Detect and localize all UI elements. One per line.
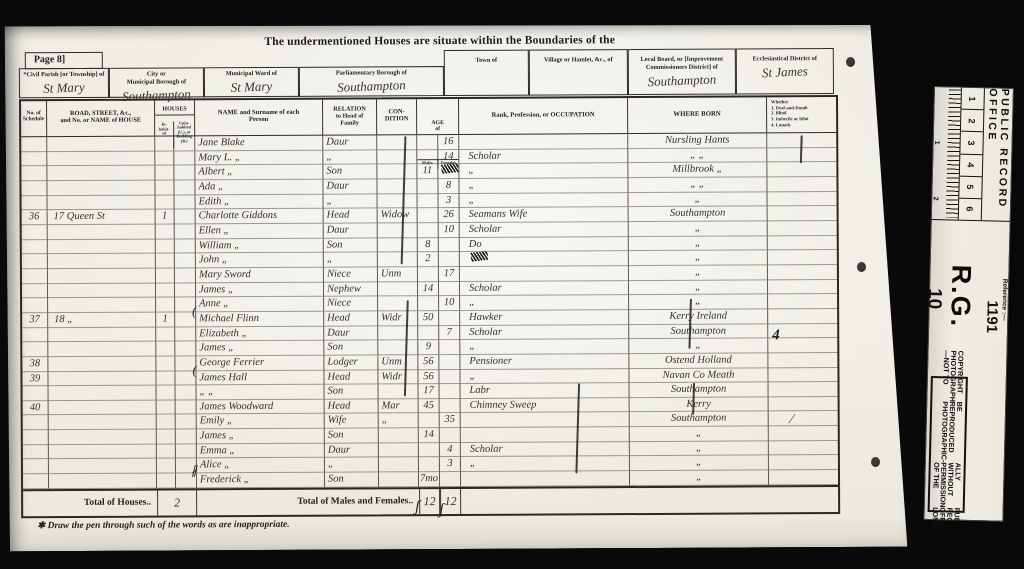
page-title: The undermentioned Houses are situate wi… — [215, 34, 665, 48]
punch-hole — [846, 57, 855, 67]
cell-schedule — [23, 386, 49, 401]
cell-inhabited — [155, 180, 174, 195]
cell-name: James „ — [197, 429, 325, 444]
cell-schedule — [22, 240, 48, 255]
col-header-name: NAME and Surname of each Person — [195, 100, 323, 136]
cell-schedule: 40 — [23, 401, 49, 416]
cell-occupation: Do — [460, 237, 629, 253]
cell-disability — [768, 206, 837, 221]
cell-disability — [768, 236, 837, 251]
cell-inhabited — [155, 166, 174, 181]
total-houses-value: 2 — [157, 490, 197, 515]
cell-name: „ „ — [197, 385, 325, 400]
cell-born: „ — [629, 251, 768, 266]
cell-road — [48, 298, 156, 313]
cell-occupation: „ — [460, 339, 629, 355]
cell-inhabited — [156, 298, 175, 313]
cell-uninhabited — [175, 195, 196, 210]
cell-name: Michael Flinn — [196, 312, 324, 327]
cell-condition — [378, 282, 418, 297]
household-bracket: ( — [192, 303, 196, 319]
header-field: Parliamentary Borough ofSouthampton — [299, 66, 444, 97]
cell-inhabited — [156, 327, 175, 342]
cell-occupation: Scholar — [460, 222, 629, 238]
cell-born: Navan Co Meath — [629, 368, 768, 383]
cell-disability — [768, 221, 837, 236]
cell-name: Albert „ — [195, 165, 323, 180]
cell-disability — [768, 280, 837, 295]
cell-age-female: 3 — [440, 457, 461, 472]
cell-name: James „ — [196, 341, 324, 356]
census-table: No. of Schedule ROAD, STREET, &c., and N… — [19, 95, 840, 518]
ruler-inch-number: 5 — [965, 185, 975, 190]
cell-relation: Daur — [324, 326, 378, 341]
cell-inhabited — [157, 400, 176, 415]
cell-age-male — [418, 267, 439, 282]
header-field-value: Southampton — [629, 70, 736, 90]
cell-born: „ — [630, 470, 769, 485]
cell-age-male — [419, 443, 440, 458]
cell-schedule: 36 — [22, 210, 48, 225]
header-field-label: *Civil Parish [or Township] of — [20, 69, 108, 79]
cell-relation: Son — [323, 165, 377, 180]
cell-age-male — [419, 458, 440, 473]
cell-condition: Unm — [378, 267, 418, 282]
total-houses-label: Total of Houses.. — [23, 490, 157, 516]
cell-relation: Son — [324, 238, 378, 253]
cell-inhabited — [157, 430, 176, 445]
cell-age-male: 14 — [419, 428, 440, 443]
cell-born: „ — [629, 295, 768, 310]
cell-occupation: Pensioner — [460, 354, 629, 370]
cell-road — [49, 386, 157, 401]
cell-relation: Wife — [325, 414, 379, 429]
cell-uninhabited — [176, 386, 197, 401]
cell-road — [49, 415, 157, 430]
cell-inhabited — [157, 386, 176, 401]
cell-uninhabited — [176, 415, 197, 430]
reference-label: Reference :— — [1000, 279, 1008, 321]
cell-occupation: Hawker — [460, 310, 629, 326]
cell-name: Mary L. „ — [195, 150, 323, 165]
cell-age-female — [439, 282, 460, 297]
cell-schedule — [22, 284, 48, 299]
cell-disability — [769, 470, 838, 485]
cell-road — [48, 225, 156, 240]
cell-occupation: Scholar — [460, 281, 629, 297]
col-header-schedule: No. of Schedule — [21, 101, 47, 136]
ruler-inch-number: 6 — [965, 207, 975, 212]
cell-condition — [379, 384, 419, 399]
ruler-tick-lines — [946, 89, 961, 217]
cell-occupation — [460, 251, 629, 267]
cell-schedule — [21, 137, 47, 152]
cell-disability — [767, 177, 836, 192]
cell-occupation — [461, 413, 630, 429]
cell-condition — [378, 252, 418, 267]
cell-born: „ — [630, 426, 769, 441]
cell-disability — [768, 309, 837, 324]
cell-age-male: 50 — [418, 311, 439, 326]
cell-name: Elizabeth „ — [196, 326, 324, 341]
cell-road — [47, 166, 155, 181]
cell-inhabited — [156, 239, 175, 254]
cell-condition — [379, 443, 419, 458]
header-field-label: Town of — [445, 51, 528, 65]
cell-road: 18 „ — [48, 312, 156, 327]
cell-born: Nursling Hants — [628, 133, 767, 148]
cell-road — [48, 327, 156, 342]
cell-occupation: Scholar — [460, 325, 629, 341]
cell-occupation: Scholar — [459, 149, 628, 165]
cell-age-female — [439, 252, 460, 267]
cell-disability — [768, 250, 837, 265]
cell-age-female: 26 — [439, 208, 460, 223]
ruler-ticks: 1 2 — [932, 87, 962, 220]
cell-uninhabited — [175, 268, 196, 283]
cell-age-male — [419, 414, 440, 429]
ruler-inch-box: 2 — [961, 110, 984, 133]
cell-condition: Widr — [378, 370, 418, 385]
cell-name: Jane Blake — [195, 136, 323, 151]
cell-name: Emily „ — [197, 414, 325, 429]
cell-condition: Widr — [378, 311, 418, 326]
cell-schedule — [21, 181, 47, 196]
cell-uninhabited — [176, 444, 197, 459]
cell-born: „ — [629, 265, 768, 280]
cell-age-male: 56 — [418, 370, 439, 385]
cell-uninhabited — [175, 254, 196, 269]
cell-born: „ — [629, 236, 768, 251]
cell-born: Kerry — [630, 397, 769, 412]
cell-inhabited — [157, 444, 176, 459]
ruler-inch-box: 3 — [960, 132, 983, 155]
cell-age-female: 7 — [439, 326, 460, 341]
cell-born: Southampton — [630, 412, 769, 427]
cell-born: „ — [629, 280, 768, 295]
household-bracket: ( — [192, 362, 196, 378]
cell-age-female — [439, 311, 460, 326]
cell-uninhabited — [176, 429, 197, 444]
page-number-label: Page 8] — [25, 52, 103, 69]
cell-condition: Widow — [378, 208, 418, 223]
cell-name: Edith „ — [196, 194, 324, 209]
cell-age-female — [440, 428, 461, 443]
cell-occupation — [461, 427, 630, 443]
cell-condition — [377, 135, 417, 150]
cell-condition — [377, 179, 417, 194]
ruler-inch-number: 2 — [967, 118, 977, 123]
cell-disability — [769, 441, 838, 456]
cell-condition — [379, 472, 419, 487]
cell-road — [47, 181, 155, 196]
cell-inhabited: 1 — [156, 312, 175, 327]
cell-condition — [378, 340, 418, 355]
cell-born: „ — [630, 456, 769, 471]
cell-age-female — [440, 399, 461, 414]
cell-relation: Head — [325, 399, 379, 414]
cell-name: James „ — [196, 282, 324, 297]
cell-age-male: 2 — [418, 252, 439, 267]
cell-relation: Head — [324, 209, 378, 224]
cell-road — [48, 254, 156, 269]
cell-age-male: 45 — [419, 399, 440, 414]
punch-hole — [871, 457, 880, 467]
cell-road — [49, 430, 157, 445]
ruler-inch-box: 5 — [959, 176, 982, 199]
cell-name: Ellen „ — [196, 224, 324, 239]
cell-age-male — [418, 326, 439, 341]
disability-column-mark: ∕ — [791, 412, 793, 428]
ruler-inch-box: 6 — [959, 199, 982, 221]
cell-age-female: 4 — [440, 443, 461, 458]
footnote: ✱ Draw the pen through such of the words… — [37, 519, 289, 531]
cell-uninhabited — [175, 239, 196, 254]
cell-age-male: 14 — [418, 282, 439, 297]
col-header-disability: Whether 1. Deaf-and-Dumb 2. Blind 3. Imb… — [767, 97, 836, 132]
cell-relation: Head — [324, 370, 378, 385]
cell-occupation: „ — [460, 193, 629, 209]
cell-age-female — [439, 340, 460, 355]
cell-disability — [768, 265, 837, 280]
cell-uninhabited — [176, 400, 197, 415]
ruler-cm-number: 2 — [932, 197, 939, 201]
header-field-value: St James — [737, 62, 834, 82]
cell-relation: Daur — [323, 135, 377, 150]
cell-disability — [769, 397, 838, 412]
cell-condition — [379, 458, 419, 473]
col-header-males: Males — [417, 160, 438, 169]
ruler-section: 1 2 123456 PUBLIC RECORD OFFICE — [932, 87, 1013, 222]
cell-born: „ „ — [628, 148, 767, 163]
cell-schedule — [22, 298, 48, 313]
cell-disability — [769, 426, 838, 441]
cell-road — [48, 195, 156, 210]
cell-condition — [378, 296, 418, 311]
cell-name: Alice „ — [197, 458, 325, 473]
cell-schedule: 39 — [22, 372, 48, 387]
cell-age-male: 9 — [418, 340, 439, 355]
cell-relation: Daur — [324, 223, 378, 238]
cell-uninhabited — [175, 342, 196, 357]
cell-relation: Niece — [324, 267, 378, 282]
cell-occupation: Chimney Sweep — [461, 398, 630, 414]
cell-inhabited — [157, 415, 176, 430]
cell-inhabited — [156, 342, 175, 357]
cell-schedule — [21, 166, 47, 181]
header-field-label: Ecclesiastical District of — [737, 49, 833, 63]
cell-inhabited — [156, 283, 175, 298]
col-header-road: ROAD, STREET, &c., and No. or NAME of HO… — [47, 101, 155, 137]
cell-inhabited — [156, 254, 175, 269]
cell-relation: Daur — [325, 443, 379, 458]
cell-born: Ostend Holland — [629, 353, 768, 368]
cell-age-female — [440, 384, 461, 399]
cell-born: „ — [629, 339, 768, 354]
cell-relation: Son — [325, 429, 379, 444]
cell-uninhabited — [175, 283, 196, 298]
totals-row: Total of Houses.. 2 Total of Males and F… — [23, 485, 838, 516]
cell-road — [48, 268, 156, 283]
cell-name: Emma „ — [197, 443, 325, 458]
cell-condition — [379, 428, 419, 443]
cell-schedule — [23, 416, 49, 431]
cell-schedule — [22, 254, 48, 269]
cell-uninhabited — [174, 166, 195, 181]
cell-name: William „ — [196, 238, 324, 253]
cell-road — [48, 371, 156, 386]
census-scan-viewport: The undermentioned Houses are situate wi… — [0, 0, 1024, 569]
copyright-line: BE REPRODUCED PHOTOGRAPHIC- — [932, 401, 965, 463]
cell-occupation: Labr — [461, 383, 630, 399]
cell-inhabited — [156, 268, 175, 283]
cell-disability — [769, 455, 838, 470]
cell-age-female — [439, 355, 460, 370]
ruler-inch-number: 3 — [967, 140, 977, 145]
col-header-condition: CON- DITION — [377, 99, 417, 134]
cell-disability — [769, 382, 838, 397]
cell-born: „ — [630, 441, 769, 456]
cell-occupation: „ — [459, 178, 628, 194]
cell-schedule — [22, 196, 48, 211]
header-field-label: Village or Hamlet, &c., of — [530, 50, 627, 64]
cell-uninhabited — [175, 224, 196, 239]
cell-born: „ — [629, 192, 768, 207]
cell-inhabited — [156, 195, 175, 210]
cell-relation: Son — [325, 385, 379, 400]
pro-office-name: PUBLIC RECORD OFFICE — [982, 88, 1013, 221]
pen-flourish: ʃ — [439, 501, 444, 519]
header-field: Local Board, or [Improvement Commissione… — [628, 49, 736, 96]
punch-hole — [857, 262, 866, 272]
col-header-houses: HOUSES — [155, 106, 194, 115]
cell-road: 17 Queen St — [48, 210, 156, 225]
header-field-label: Municipal Ward of — [205, 68, 298, 78]
total-males-value: 12 — [419, 489, 440, 514]
disability-column-mark: 4 — [772, 327, 780, 344]
header-field: Town of — [444, 50, 529, 96]
col-header-relation: RELATION to Head of Family — [323, 99, 377, 134]
cell-condition — [377, 165, 417, 180]
cell-condition — [377, 150, 417, 165]
cell-age-male: 17 — [419, 384, 440, 399]
cell-born: „ — [629, 221, 768, 236]
cell-disability — [767, 162, 836, 177]
cell-relation: „ — [324, 253, 378, 268]
header-field-value: Southampton — [300, 75, 444, 97]
cell-age-female: 17 — [439, 267, 460, 282]
household-bracket: ∦ — [191, 463, 197, 478]
cell-uninhabited — [175, 210, 196, 225]
cell-relation: Nephew — [324, 282, 378, 297]
cell-schedule: 37 — [22, 313, 48, 328]
cell-age-female — [439, 369, 460, 384]
cell-born: „ „ — [628, 177, 767, 192]
cell-schedule: 38 — [22, 357, 48, 372]
cell-relation: Son — [325, 472, 379, 487]
cell-born: Kerry Ireland — [629, 309, 768, 324]
cell-road — [49, 444, 157, 459]
cell-age-male: 7mo — [419, 472, 440, 487]
cell-relation: Lodger — [324, 355, 378, 370]
cell-name: John „ — [196, 253, 324, 268]
cell-road — [49, 474, 157, 489]
cell-schedule — [22, 328, 48, 343]
cell-condition: „ — [379, 414, 419, 429]
cell-relation: Daur — [323, 179, 377, 194]
cell-born: Southampton — [629, 207, 768, 222]
cell-name: Mary Sword — [196, 268, 324, 283]
cell-age-male — [418, 296, 439, 311]
col-header-uninhabited: Unin- habited (U.), or Building (B.) — [174, 121, 194, 148]
cell-name: George Ferrier — [196, 356, 324, 371]
cell-schedule — [23, 460, 49, 475]
cell-inhabited — [157, 474, 176, 489]
cell-condition: Unm — [378, 355, 418, 370]
cell-born: Southampton — [630, 383, 769, 398]
cell-schedule — [23, 474, 49, 489]
header-field: *Civil Parish [or Township] ofSt Mary — [19, 68, 109, 98]
cell-uninhabited — [174, 180, 195, 195]
header-field-label: City or Municipal Borough of — [110, 68, 203, 86]
cell-road — [47, 137, 155, 152]
cell-uninhabited — [175, 327, 196, 342]
cell-schedule — [23, 445, 49, 460]
cell-born: Southampton — [629, 324, 768, 339]
cell-condition — [378, 238, 418, 253]
census-page: The undermentioned Houses are situate wi… — [5, 22, 908, 552]
cell-disability — [768, 353, 837, 368]
cell-schedule — [22, 342, 48, 357]
cell-relation: „ — [323, 150, 377, 165]
header-field: Ecclesiastical District ofSt James — [736, 48, 834, 95]
header-field-value: St Mary — [205, 77, 299, 97]
header-field: City or Municipal Borough ofSouthampton — [109, 67, 204, 97]
cell-road — [48, 356, 156, 371]
cell-occupation: Scholar — [461, 442, 630, 458]
cell-age-female: 35 — [440, 413, 461, 428]
cell-road — [49, 400, 157, 415]
cell-inhabited: 1 — [156, 210, 175, 225]
series-code: R.G. — [944, 265, 977, 329]
cell-condition: Mar — [379, 399, 419, 414]
cell-age-female: 3 — [439, 194, 460, 209]
cell-born: Millbrook „ — [628, 163, 767, 178]
cell-road — [47, 151, 155, 166]
ruler-inch-number: 4 — [966, 162, 976, 167]
total-males-females-label: Total of Males and Females.. — [197, 489, 419, 515]
col-header-age: AGE of — [417, 117, 458, 141]
cell-schedule — [23, 430, 49, 445]
ruler-inch-number: 1 — [968, 96, 978, 101]
cell-road — [49, 459, 157, 474]
cell-occupation — [459, 134, 628, 150]
reference-column: Reference :— 1191 — [974, 221, 1010, 374]
cell-name: Frederick „ — [197, 473, 325, 488]
cell-inhabited — [156, 224, 175, 239]
copyright-line: ALLY WITHOUT PERMISSION OF THE — [931, 462, 963, 508]
cell-relation: „ — [325, 458, 379, 473]
ruler-inch-box: 1 — [961, 88, 984, 111]
cell-name: Anne „ — [196, 297, 324, 312]
ruler-inch-boxes: 123456 — [959, 88, 985, 221]
cell-road — [48, 342, 156, 357]
cell-schedule — [22, 269, 48, 284]
ruler-cm-number: 1 — [933, 141, 940, 145]
cell-name: Ada „ — [195, 180, 323, 195]
cell-age-male — [418, 223, 439, 238]
cell-relation: Son — [324, 341, 378, 356]
